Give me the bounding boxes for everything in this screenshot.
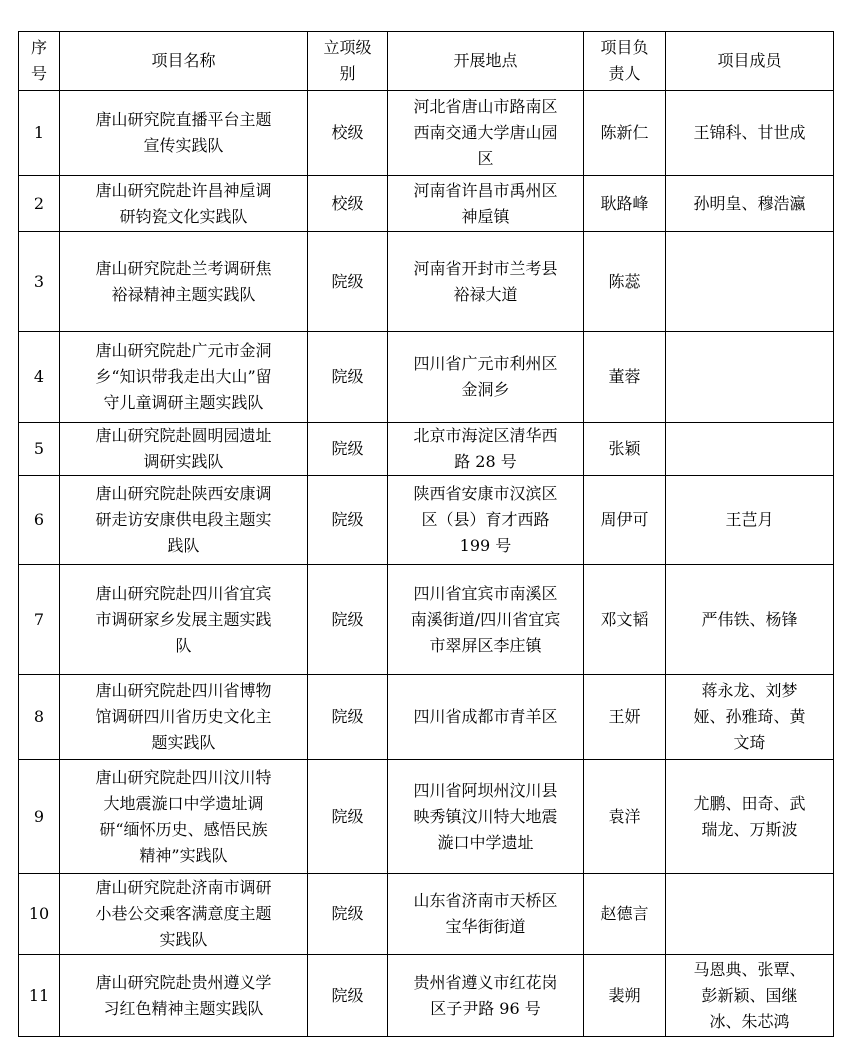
table-row: 3唐山研究院赴兰考调研焦裕禄精神主题实践队院级河南省开封市兰考县裕禄大道陈蕊 (19, 232, 834, 332)
members-cell (666, 423, 834, 476)
level-cell: 校级 (308, 176, 388, 232)
table-row: 5唐山研究院赴圆明园遗址调研实践队院级北京市海淀区清华西路 28 号张颖 (19, 423, 834, 476)
members-cell: 尤鹏、田奇、武瑞龙、万斯波 (666, 760, 834, 874)
header-row: 序号项目名称立项级别开展地点项目负责人项目成员 (19, 32, 834, 91)
serial-cell: 10 (19, 874, 60, 955)
project-name-cell: 唐山研究院赴许昌神垕调研钧瓷文化实践队 (60, 176, 308, 232)
members-cell (666, 232, 834, 332)
header-members: 项目成员 (666, 32, 834, 91)
level-cell: 院级 (308, 232, 388, 332)
level-cell: 院级 (308, 565, 388, 675)
serial-cell: 4 (19, 332, 60, 423)
serial-cell: 8 (19, 675, 60, 760)
leader-cell: 周伊可 (584, 476, 666, 565)
location-cell: 河南省开封市兰考县裕禄大道 (388, 232, 584, 332)
location-cell: 河北省唐山市路南区西南交通大学唐山园区 (388, 91, 584, 176)
level-cell: 院级 (308, 874, 388, 955)
level-cell: 院级 (308, 423, 388, 476)
serial-cell: 7 (19, 565, 60, 675)
leader-cell: 张颖 (584, 423, 666, 476)
header-leader: 项目负责人 (584, 32, 666, 91)
serial-cell: 9 (19, 760, 60, 874)
leader-cell: 陈蕊 (584, 232, 666, 332)
level-cell: 校级 (308, 91, 388, 176)
project-name-cell: 唐山研究院赴四川汶川特大地震漩口中学遗址调研“缅怀历史、感悟民族精神”实践队 (60, 760, 308, 874)
location-cell: 四川省阿坝州汶川县映秀镇汶川特大地震漩口中学遗址 (388, 760, 584, 874)
members-cell: 孙明皇、穆浩瀛 (666, 176, 834, 232)
project-name-cell: 唐山研究院赴四川省博物馆调研四川省历史文化主题实践队 (60, 675, 308, 760)
project-name-cell: 唐山研究院赴圆明园遗址调研实践队 (60, 423, 308, 476)
header-level: 立项级别 (308, 32, 388, 91)
table-row: 2唐山研究院赴许昌神垕调研钧瓷文化实践队校级河南省许昌市禹州区神垕镇耿路峰孙明皇… (19, 176, 834, 232)
leader-cell: 邓文韬 (584, 565, 666, 675)
members-cell (666, 332, 834, 423)
leader-cell: 袁洋 (584, 760, 666, 874)
table-row: 11唐山研究院赴贵州遵义学习红色精神主题实践队院级贵州省遵义市红花岗区子尹路 9… (19, 955, 834, 1037)
location-cell: 河南省许昌市禹州区神垕镇 (388, 176, 584, 232)
serial-cell: 6 (19, 476, 60, 565)
projects-table: 序号项目名称立项级别开展地点项目负责人项目成员 1唐山研究院直播平台主题宣传实践… (18, 31, 834, 1037)
level-cell: 院级 (308, 675, 388, 760)
leader-cell: 陈新仁 (584, 91, 666, 176)
project-name-cell: 唐山研究院赴兰考调研焦裕禄精神主题实践队 (60, 232, 308, 332)
location-cell: 四川省成都市青羊区 (388, 675, 584, 760)
table-row: 9唐山研究院赴四川汶川特大地震漩口中学遗址调研“缅怀历史、感悟民族精神”实践队院… (19, 760, 834, 874)
location-cell: 贵州省遵义市红花岗区子尹路 96 号 (388, 955, 584, 1037)
serial-cell: 3 (19, 232, 60, 332)
project-name-cell: 唐山研究院赴济南市调研小巷公交乘客满意度主题实践队 (60, 874, 308, 955)
level-cell: 院级 (308, 476, 388, 565)
members-cell: 王芑月 (666, 476, 834, 565)
location-cell: 山东省济南市天桥区宝华街街道 (388, 874, 584, 955)
members-cell: 严伟铁、杨锋 (666, 565, 834, 675)
location-cell: 四川省宜宾市南溪区南溪街道/四川省宜宾市翠屏区李庄镇 (388, 565, 584, 675)
level-cell: 院级 (308, 760, 388, 874)
location-cell: 陕西省安康市汉滨区区（县）育才西路 199 号 (388, 476, 584, 565)
serial-cell: 2 (19, 176, 60, 232)
members-cell (666, 874, 834, 955)
leader-cell: 裴朔 (584, 955, 666, 1037)
project-name-cell: 唐山研究院赴贵州遵义学习红色精神主题实践队 (60, 955, 308, 1037)
location-cell: 北京市海淀区清华西路 28 号 (388, 423, 584, 476)
level-cell: 院级 (308, 955, 388, 1037)
level-cell: 院级 (308, 332, 388, 423)
leader-cell: 耿路峰 (584, 176, 666, 232)
table-row: 1唐山研究院直播平台主题宣传实践队校级河北省唐山市路南区西南交通大学唐山园区陈新… (19, 91, 834, 176)
header-location: 开展地点 (388, 32, 584, 91)
members-cell: 王锦科、甘世成 (666, 91, 834, 176)
table-row: 6唐山研究院赴陕西安康调研走访安康供电段主题实践队院级陕西省安康市汉滨区区（县）… (19, 476, 834, 565)
leader-cell: 王妍 (584, 675, 666, 760)
table-row: 4唐山研究院赴广元市金洞乡“知识带我走出大山”留守儿童调研主题实践队院级四川省广… (19, 332, 834, 423)
project-name-cell: 唐山研究院赴广元市金洞乡“知识带我走出大山”留守儿童调研主题实践队 (60, 332, 308, 423)
serial-cell: 5 (19, 423, 60, 476)
table-row: 7唐山研究院赴四川省宜宾市调研家乡发展主题实践队院级四川省宜宾市南溪区南溪街道/… (19, 565, 834, 675)
members-cell: 马恩典、张覃、彭新颖、国继冰、朱芯鸿 (666, 955, 834, 1037)
location-cell: 四川省广元市利州区金洞乡 (388, 332, 584, 423)
header-serial: 序号 (19, 32, 60, 91)
table-row: 10唐山研究院赴济南市调研小巷公交乘客满意度主题实践队院级山东省济南市天桥区宝华… (19, 874, 834, 955)
table-body: 1唐山研究院直播平台主题宣传实践队校级河北省唐山市路南区西南交通大学唐山园区陈新… (19, 91, 834, 1037)
leader-cell: 董蓉 (584, 332, 666, 423)
table-row: 8唐山研究院赴四川省博物馆调研四川省历史文化主题实践队院级四川省成都市青羊区王妍… (19, 675, 834, 760)
header-project-name: 项目名称 (60, 32, 308, 91)
leader-cell: 赵德言 (584, 874, 666, 955)
project-name-cell: 唐山研究院直播平台主题宣传实践队 (60, 91, 308, 176)
project-name-cell: 唐山研究院赴四川省宜宾市调研家乡发展主题实践队 (60, 565, 308, 675)
project-name-cell: 唐山研究院赴陕西安康调研走访安康供电段主题实践队 (60, 476, 308, 565)
document-page: 序号项目名称立项级别开展地点项目负责人项目成员 1唐山研究院直播平台主题宣传实践… (0, 0, 842, 1037)
serial-cell: 11 (19, 955, 60, 1037)
members-cell: 蒋永龙、刘梦娅、孙雅琦、黄文琦 (666, 675, 834, 760)
serial-cell: 1 (19, 91, 60, 176)
